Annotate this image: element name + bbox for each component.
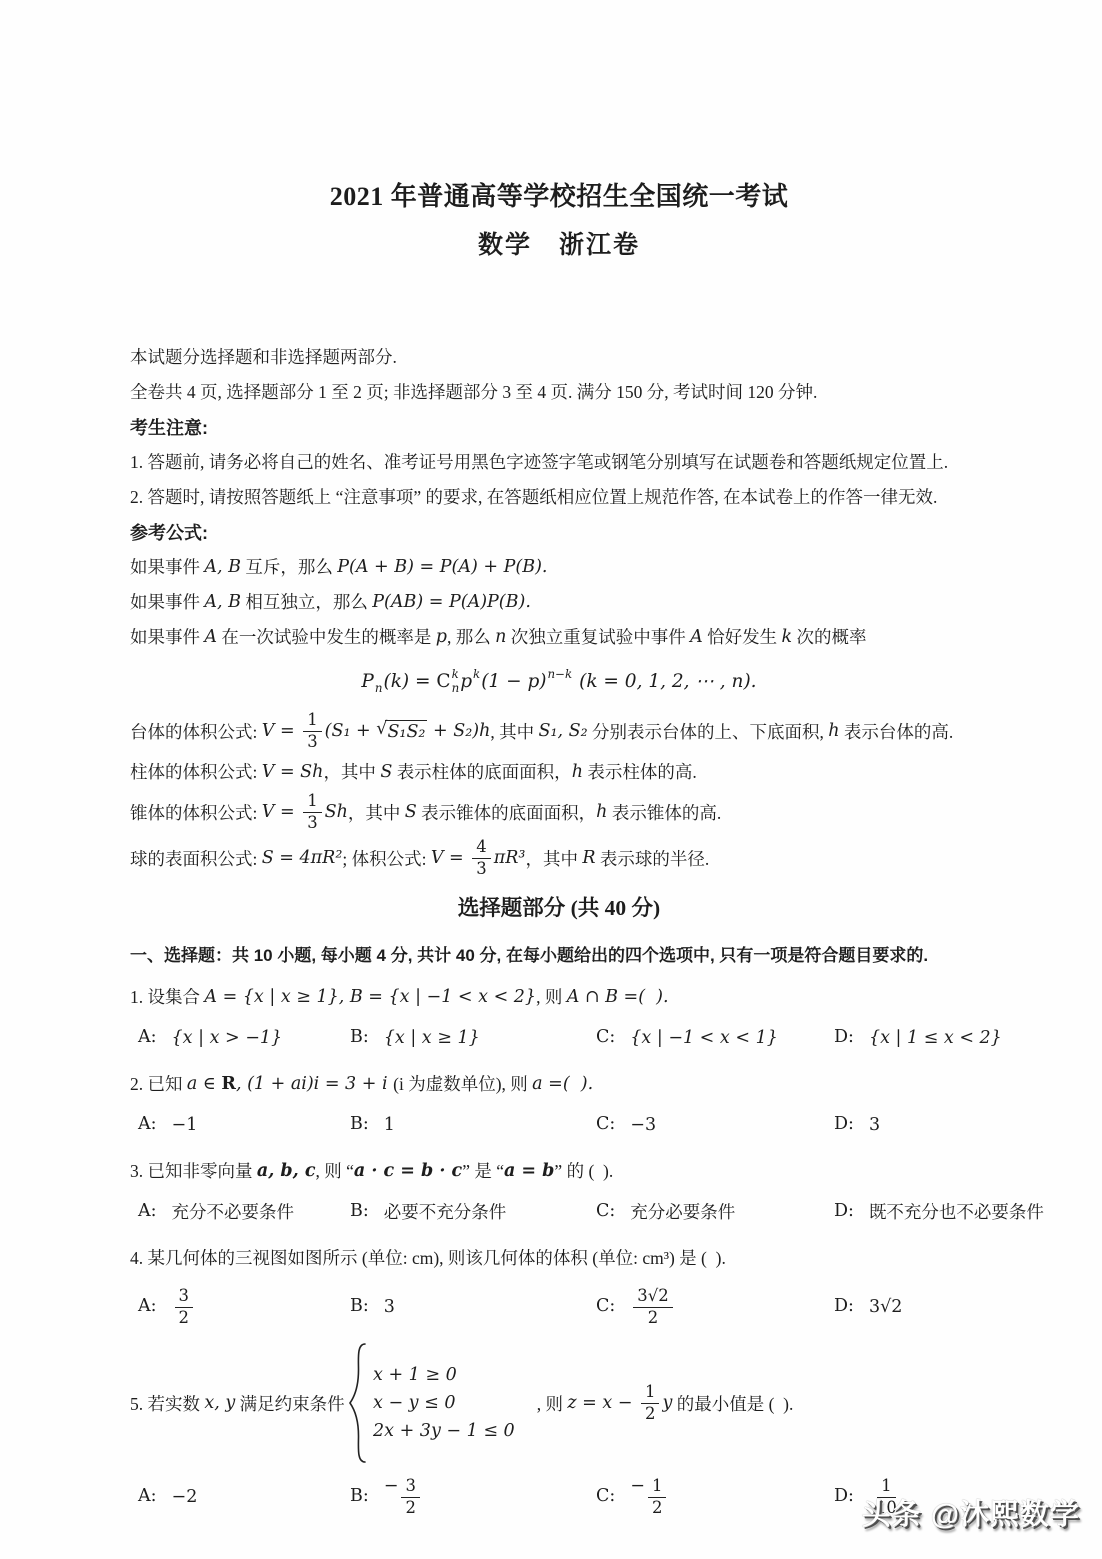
option-q4-d: D:3√2	[834, 1296, 988, 1317]
option-label-d: D:	[834, 1114, 854, 1134]
option-value-q1-c: {x | −1 < x < 1}	[630, 1027, 778, 1048]
question-1-options: A:{x | x > −1} B:{x | x ≥ 1} C:{x | −1 <…	[130, 1016, 988, 1058]
question-2-stem: 2. 已知 a ∈ R, (1 + ai)i = 3 + i (i 为虚数单位)…	[130, 1066, 988, 1101]
left-brace-icon	[349, 1342, 367, 1464]
option-label-b: B:	[350, 1201, 369, 1221]
question-5-constraints: x + 1 ≥ 0 x − y ≤ 0 2x + 3y − 1 ≤ 0	[373, 1365, 515, 1441]
formula-binomial-intro: 如果事件 A 在一次试验中发生的概率是 p, 那么 n 次独立重复试验中事件 A…	[130, 619, 988, 654]
formula-mutually-exclusive: 如果事件 A, B 互斥，那么 P(A + B) = P(A) + P(B).	[130, 549, 988, 584]
question-3-stem: 3. 已知非零向量 a, b, c, 则 “a · c = b · c” 是 “…	[130, 1153, 988, 1188]
option-q2-b: B:1	[350, 1114, 596, 1135]
option-label-a: A:	[138, 1201, 157, 1221]
option-label-d: D:	[834, 1296, 854, 1316]
option-value-q4-d: 3√2	[869, 1296, 902, 1317]
intro-line-2: 全卷共 4 页, 选择题部分 1 至 2 页; 非选择题部分 3 至 4 页. …	[130, 374, 988, 409]
option-q3-d: D:既不充分也不必要条件	[834, 1199, 1044, 1224]
option-q1-c: C:{x | −1 < x < 1}	[596, 1027, 834, 1048]
page-subtitle: 数学 浙江卷	[130, 225, 988, 261]
question-5-stem: 5. 若实数 x, y 满足约束条件 x + 1 ≥ 0 x − y ≤ 0 2…	[130, 1341, 988, 1465]
option-q4-c: C:3√22	[596, 1285, 834, 1327]
section-instruction: 一、选择题：共 10 小题, 每小题 4 分, 共计 40 分, 在每小题给出的…	[130, 936, 988, 971]
option-label-b: B:	[350, 1114, 369, 1134]
option-value-q5-a: −2	[172, 1486, 198, 1507]
exam-paper-page: 2021 年普通高等学校招生全国统一考试 数学 浙江卷 本试题分选择题和非选择题…	[0, 0, 1102, 1559]
option-value-q2-c: −3	[630, 1114, 656, 1135]
option-q2-c: C:−3	[596, 1114, 834, 1135]
formula-sphere-surface-volume: 球的表面积公式: S = 4πR²; 体积公式: V = 43πR³，其中 R …	[130, 835, 988, 881]
formula-frustum-volume: 台体的体积公式: V = 13(S₁ + √S₁S₂ + S₂)h, 其中 S₁…	[130, 708, 988, 754]
question-5-suffix: , 则 z = x − 12y 的最小值是 ( ).	[537, 1383, 794, 1423]
option-value-q1-b: {x | x ≥ 1}	[384, 1027, 480, 1048]
option-label-c: C:	[596, 1486, 615, 1506]
question-4-stem: 4. 某几何体的三视图如图所示 (单位: cm), 则该几何体的体积 (单位: …	[130, 1240, 988, 1275]
option-label-d: D:	[834, 1027, 854, 1047]
option-value-q2-d: 3	[869, 1114, 880, 1135]
option-label-a: A:	[138, 1296, 157, 1316]
option-label-c: C:	[596, 1114, 615, 1134]
option-value-q1-d: {x | 1 ≤ x < 2}	[869, 1027, 1002, 1048]
option-value-q4-c: 3√22	[630, 1285, 675, 1327]
option-label-d: D:	[834, 1486, 854, 1506]
section-heading: 选择题部分 (共 40 分)	[130, 891, 988, 922]
option-q4-b: B:3	[350, 1296, 596, 1317]
constraint-2: x − y ≤ 0	[373, 1393, 515, 1413]
formula-cone-volume: 锥体的体积公式: V = 13Sh，其中 S 表示锥体的底面面积，h 表示锥体的…	[130, 789, 988, 835]
exam-content: 2021 年普通高等学校招生全国统一考试 数学 浙江卷 本试题分选择题和非选择题…	[130, 0, 988, 1525]
constraint-1: x + 1 ≥ 0	[373, 1365, 515, 1385]
option-value-q3-d: 既不充分也不必要条件	[869, 1199, 1044, 1224]
option-label-a: A:	[138, 1027, 157, 1047]
option-value-q3-c: 充分必要条件	[630, 1199, 735, 1224]
option-label-d: D:	[834, 1201, 854, 1221]
intro-line-1: 本试题分选择题和非选择题两部分.	[130, 339, 988, 374]
formula-binomial: P n(k) = Cknpk (1 − p)n−k (k = 0, 1, 2, …	[130, 654, 988, 708]
option-q3-a: A:充分不必要条件	[138, 1199, 350, 1224]
option-q5-c: C:−12	[596, 1475, 834, 1517]
question-2-options: A:−1 B:1 C:−3 D:3	[130, 1103, 988, 1145]
question-5-prefix: 5. 若实数 x, y 满足约束条件	[130, 1391, 349, 1416]
option-value-q5-b: −32	[384, 1475, 423, 1517]
notice-heading: 考生注意:	[130, 409, 988, 444]
option-label-a: A:	[138, 1486, 157, 1506]
option-q3-c: C:充分必要条件	[596, 1199, 834, 1224]
option-label-c: C:	[596, 1027, 615, 1047]
option-value-q1-a: {x | x > −1}	[172, 1027, 283, 1048]
option-q2-a: A:−1	[138, 1114, 350, 1135]
option-value-q2-a: −1	[172, 1114, 198, 1135]
option-q5-a: A:−2	[138, 1486, 350, 1507]
watermark: 头条 @沐熙数学	[862, 1492, 1080, 1533]
option-q1-d: D:{x | 1 ≤ x < 2}	[834, 1027, 1002, 1048]
option-value-q4-a: 32	[172, 1285, 196, 1327]
option-q1-a: A:{x | x > −1}	[138, 1027, 350, 1048]
option-label-b: B:	[350, 1027, 369, 1047]
option-q5-b: B:−32	[350, 1475, 596, 1517]
option-label-b: B:	[350, 1486, 369, 1506]
option-q4-a: A:32	[138, 1285, 350, 1327]
option-value-q3-b: 必要不充分条件	[384, 1199, 507, 1224]
option-q2-d: D:3	[834, 1114, 988, 1135]
notice-item-2: 2. 答题时, 请按照答题纸上 “注意事项” 的要求, 在答题纸相应位置上规范作…	[130, 479, 988, 514]
option-q3-b: B:必要不充分条件	[350, 1199, 596, 1224]
option-value-q2-b: 1	[384, 1114, 395, 1135]
option-label-c: C:	[596, 1296, 615, 1316]
constraint-3: 2x + 3y − 1 ≤ 0	[373, 1421, 515, 1441]
option-value-q4-b: 3	[384, 1296, 395, 1317]
question-5-options: A:−2 B:−32 C:−12 D:110	[130, 1467, 988, 1525]
formulas-heading: 参考公式:	[130, 514, 988, 549]
option-value-q3-a: 充分不必要条件	[172, 1199, 295, 1224]
page-title: 2021 年普通高等学校招生全国统一考试	[130, 176, 988, 213]
option-q1-b: B:{x | x ≥ 1}	[350, 1027, 596, 1048]
formula-prism-volume: 柱体的体积公式: V = Sh，其中 S 表示柱体的底面面积，h 表示柱体的高.	[130, 754, 988, 789]
question-3-options: A:充分不必要条件 B:必要不充分条件 C:充分必要条件 D:既不充分也不必要条…	[130, 1190, 988, 1232]
formula-independent: 如果事件 A, B 相互独立，那么 P(AB) = P(A)P(B).	[130, 584, 988, 619]
option-label-a: A:	[138, 1114, 157, 1134]
option-value-q5-c: −12	[630, 1475, 669, 1517]
question-4-options: A:32 B:3 C:3√22 D:3√2	[130, 1277, 988, 1335]
question-1-stem: 1. 设集合 A = {x | x ≥ 1}, B = {x | −1 < x …	[130, 979, 988, 1014]
notice-item-1: 1. 答题前, 请务必将自己的姓名、准考证号用黑色字迹签字笔或钢笔分别填写在试题…	[130, 444, 988, 479]
option-label-b: B:	[350, 1296, 369, 1316]
option-label-c: C:	[596, 1201, 615, 1221]
